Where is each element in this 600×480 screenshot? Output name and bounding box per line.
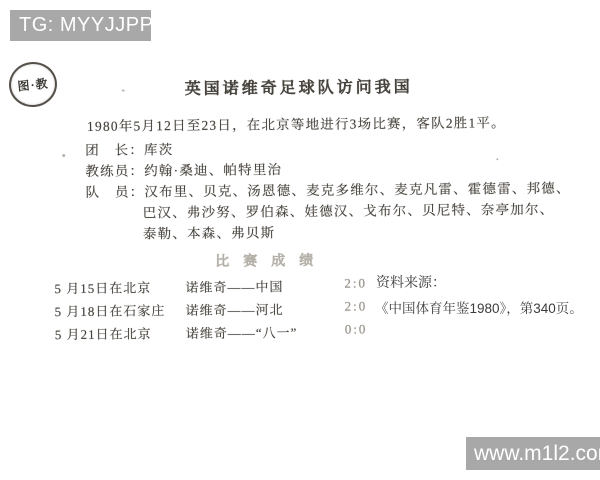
scan-content: 英国诺维奇足球队访问我国 1980年5月12日至23日，在北京等地进行3场比赛，… [0, 0, 600, 480]
result-row-teams: 诺维奇——“八一” [186, 322, 298, 342]
roster-line-leader: 团 长：库茨 [85, 138, 173, 159]
result-row-score: 2:0 [344, 275, 367, 291]
result-row-teams: 诺维奇——中国 [185, 276, 283, 296]
scan-speckle [496, 158, 498, 160]
document-title: 英国诺维奇足球队访问我国 [0, 72, 599, 100]
roster-line-coaches: 教练员：约翰·桑迪、帕特里治 [85, 158, 282, 180]
result-row-score: 0:0 [345, 321, 368, 337]
scanned-document-page: TG: MYYJJPP 图·教 英国诺维奇足球队访问我国 1980年5月12日至… [0, 0, 600, 480]
scan-speckle [62, 154, 65, 157]
source-note-label: 资料来源： [376, 272, 446, 292]
scan-speckle [122, 90, 125, 92]
watermark-bottom-right: www.m1l2.com [466, 437, 600, 470]
results-section-title: 比赛成绩 [215, 250, 327, 271]
roster-line-players-2: 巴汉、弗沙努、罗伯森、娃德汉、戈布尔、贝尼特、奈亭加尔、 [143, 198, 555, 222]
result-row-teams: 诺维奇——河北 [186, 299, 284, 319]
intro-paragraph: 1980年5月12日至23日，在北京等地进行3场比赛，客队2胜1平。 [87, 111, 506, 135]
result-row-date: 5 月18日在石家庄 [55, 300, 166, 320]
result-row-date: 5 月15日在北京 [54, 277, 151, 297]
result-row-score: 2:0 [345, 298, 368, 314]
result-row-date: 5 月21日在北京 [55, 323, 152, 343]
roster-line-players-3: 泰勒、本森、弗贝斯 [143, 221, 275, 242]
source-note-citation: 《中国体育年鉴1980》，第340页。 [375, 297, 583, 317]
roster-line-players-1: 队 员：汉布里、贝克、汤恩德、麦克多维尔、麦克凡雷、霍德雷、邦德、 [85, 177, 570, 201]
